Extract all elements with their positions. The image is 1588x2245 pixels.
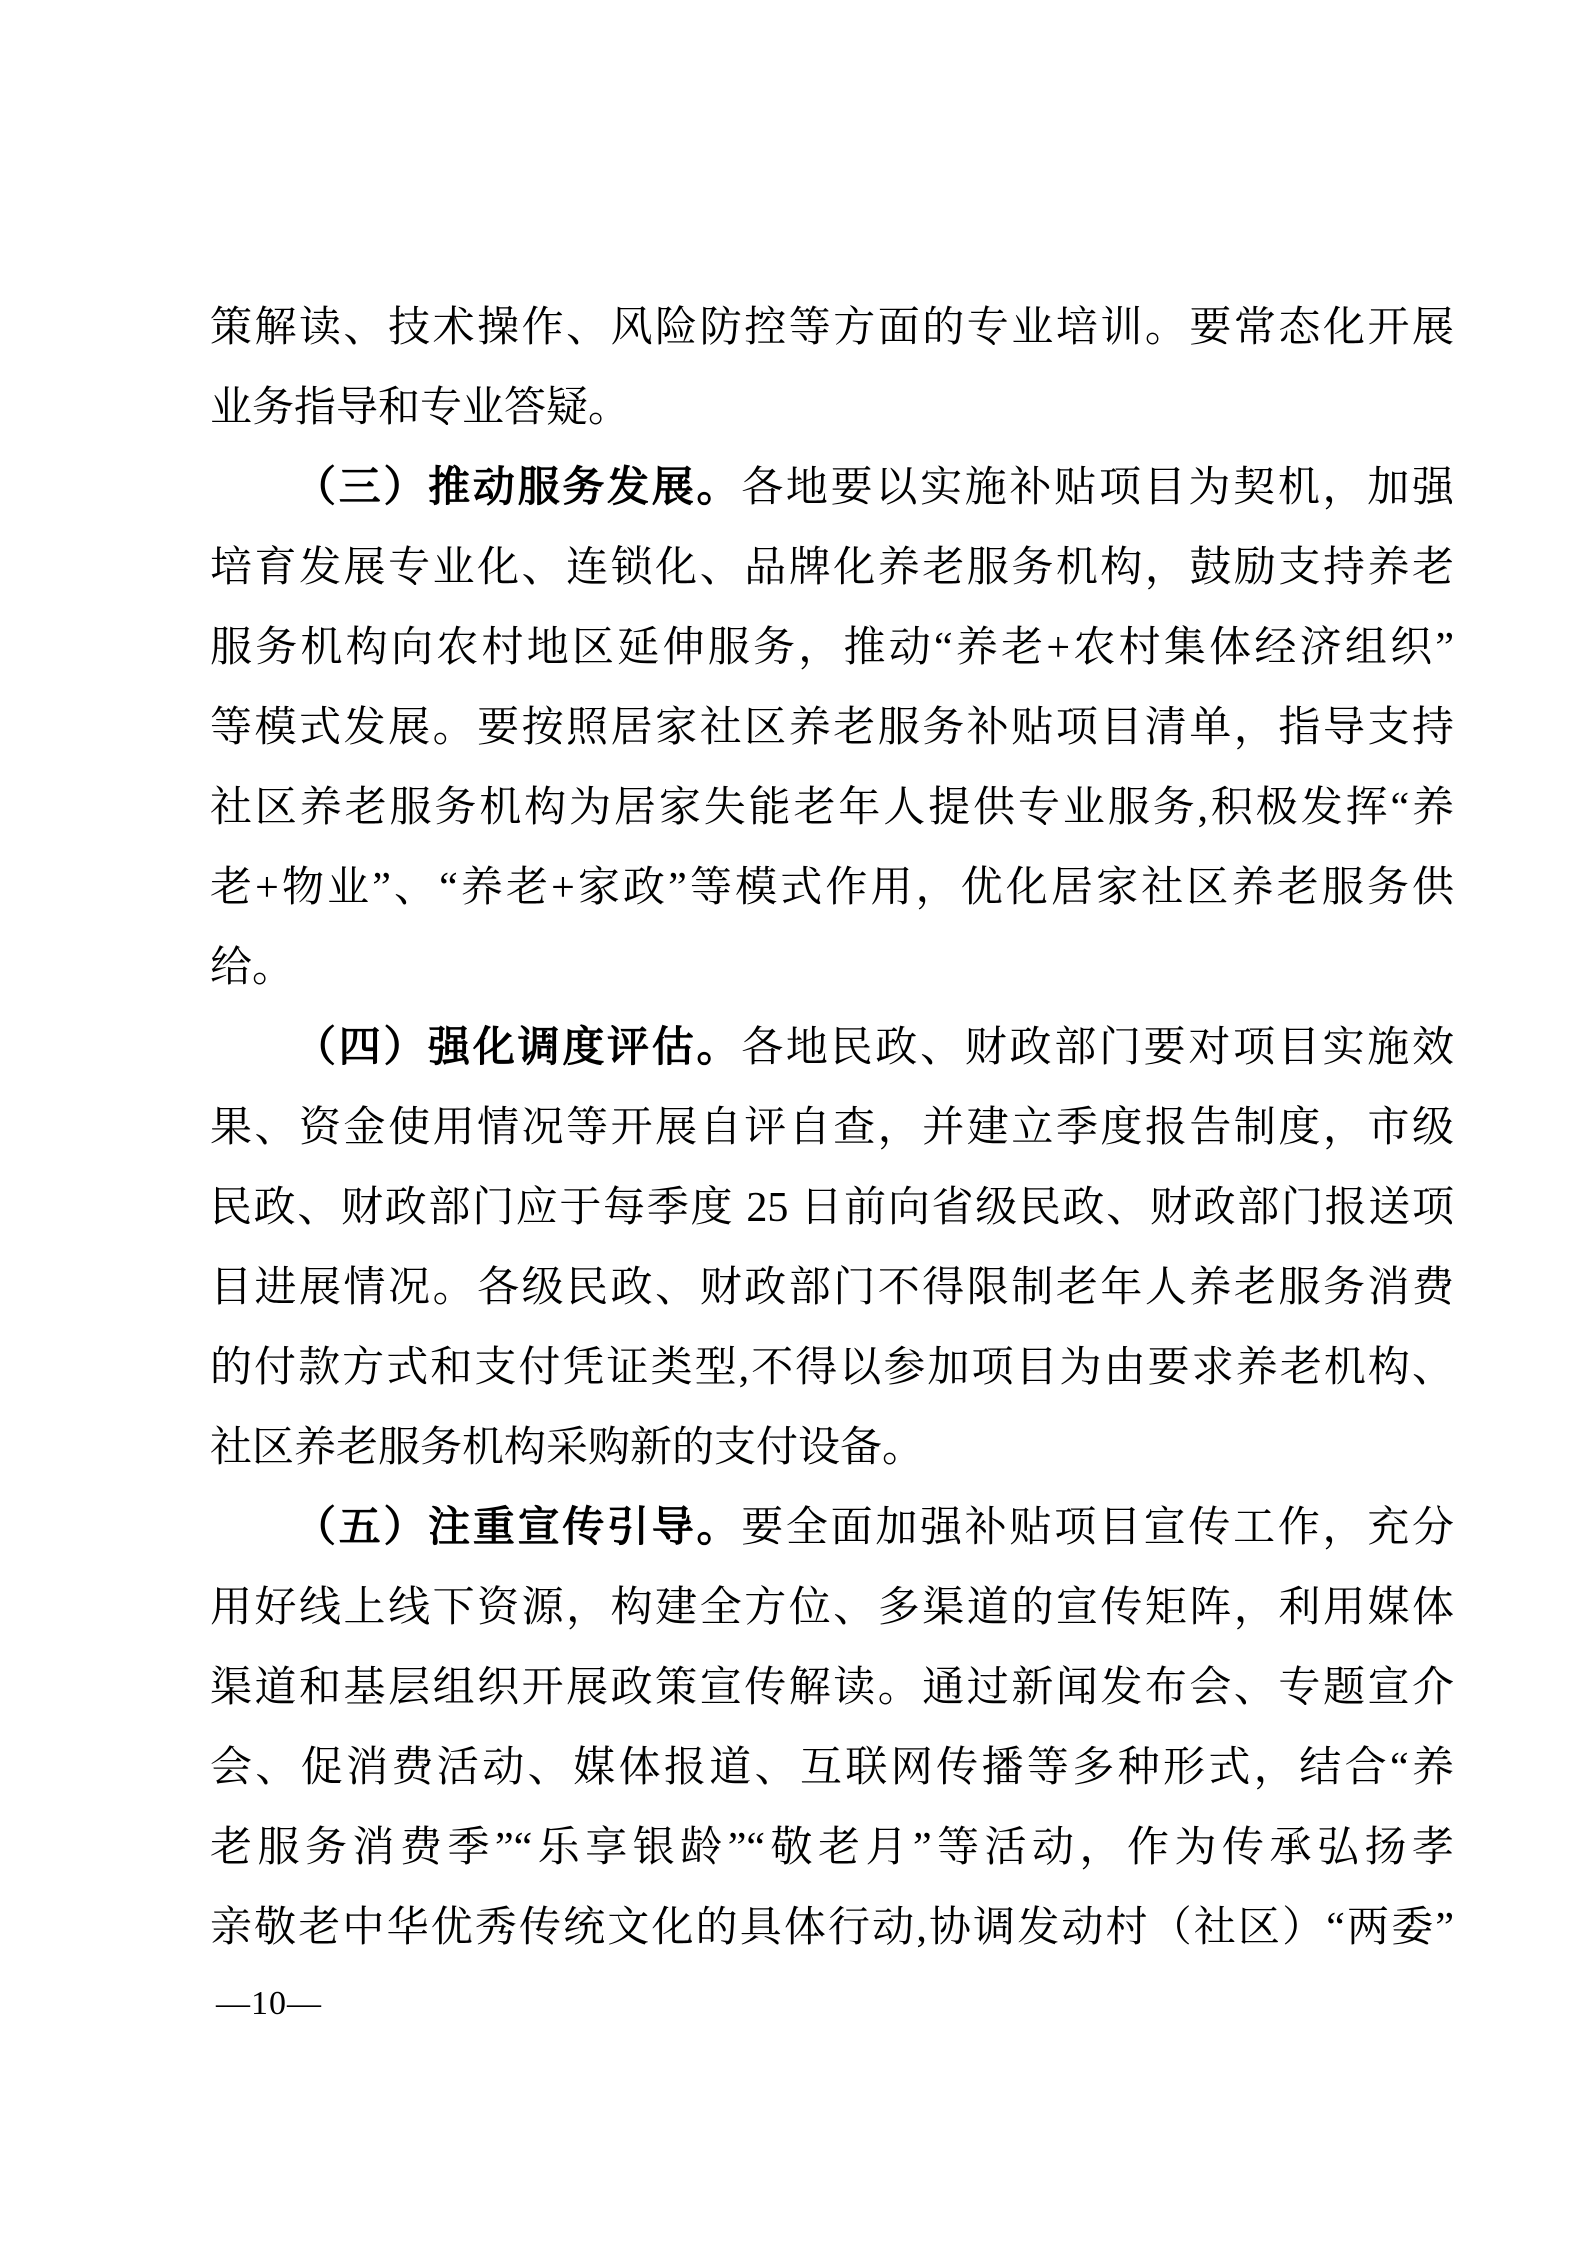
text-segment: 老+物业”、“养老+家政”等模式作用，优化居家社区养老服务供 <box>210 865 1454 911</box>
text-segment: 的付款方式和支付凭证类型,不得以参加项目为由要求养老机构、 <box>210 1345 1454 1391</box>
text-segment: 社区养老服务机构为居家失能老年人提供专业服务,积极发挥“养 <box>210 785 1454 831</box>
text-segment: 各地民政、财政部门要对项目实施效 <box>741 1025 1454 1071</box>
text-segment: 亲敬老中华优秀传统文化的具体行动,协调发动村（社区）“两委” <box>210 1905 1454 1951</box>
paragraph-section-4-evaluation: （四）强化调度评估。各地民政、财政部门要对项目实施效果、资金使用情况等开展自评自… <box>210 1008 1454 1488</box>
paragraph-section-3-service-development: （三）推动服务发展。各地要以实施补贴项目为契机，加强培育发展专业化、连锁化、品牌… <box>210 448 1454 1008</box>
paragraph-heading: （四）强化调度评估。 <box>294 1025 741 1071</box>
text-line: （四）强化调度评估。各地民政、财政部门要对项目实施效 <box>210 1008 1454 1088</box>
text-block: 策解读、技术操作、风险防控等方面的专业培训。要常态化开展业务指导和专业答疑。（三… <box>210 288 1454 1968</box>
paragraph-section-5-publicity: （五）注重宣传引导。要全面加强补贴项目宣传工作，充分用好线上线下资源，构建全方位… <box>210 1488 1454 1968</box>
text-line: 业务指导和专业答疑。 <box>210 368 1454 448</box>
text-segment: 用好线上线下资源，构建全方位、多渠道的宣传矩阵，利用媒体 <box>210 1585 1454 1631</box>
text-segment: 老服务消费季”“乐享银龄”“敬老月”等活动，作为传承弘扬孝 <box>210 1825 1454 1871</box>
text-segment: 业务指导和专业答疑。 <box>210 385 630 431</box>
text-line: 亲敬老中华优秀传统文化的具体行动,协调发动村（社区）“两委” <box>210 1888 1454 1968</box>
text-segment: 策解读、技术操作、风险防控等方面的专业培训。要常态化开展 <box>210 305 1454 351</box>
text-line: 会、促消费活动、媒体报道、互联网传播等多种形式，结合“养 <box>210 1728 1454 1808</box>
page-number: —10— <box>216 1984 322 2024</box>
text-segment: 渠道和基层组织开展政策宣传解读。通过新闻发布会、专题宣介 <box>210 1665 1454 1711</box>
text-segment: 服务机构向农村地区延伸服务，推动“养老+农村集体经济组织” <box>210 625 1454 671</box>
document-page: 策解读、技术操作、风险防控等方面的专业培训。要常态化开展业务指导和专业答疑。（三… <box>0 0 1588 2245</box>
text-segment: 要全面加强补贴项目宣传工作，充分 <box>741 1505 1454 1551</box>
text-line: 给。 <box>210 928 1454 1008</box>
text-line: 等模式发展。要按照居家社区养老服务补贴项目清单，指导支持 <box>210 688 1454 768</box>
text-line: （五）注重宣传引导。要全面加强补贴项目宣传工作，充分 <box>210 1488 1454 1568</box>
text-line: 渠道和基层组织开展政策宣传解读。通过新闻发布会、专题宣介 <box>210 1648 1454 1728</box>
text-line: 果、资金使用情况等开展自评自查，并建立季度报告制度，市级 <box>210 1088 1454 1168</box>
paragraph-continued-training: 策解读、技术操作、风险防控等方面的专业培训。要常态化开展业务指导和专业答疑。 <box>210 288 1454 448</box>
text-line: 目进展情况。各级民政、财政部门不得限制老年人养老服务消费 <box>210 1248 1454 1328</box>
text-segment: 会、促消费活动、媒体报道、互联网传播等多种形式，结合“养 <box>210 1745 1454 1791</box>
text-line: 社区养老服务机构为居家失能老年人提供专业服务,积极发挥“养 <box>210 768 1454 848</box>
text-segment: 民政、财政部门应于每季度 25 日前向省级民政、财政部门报送项 <box>210 1185 1454 1231</box>
text-line: 老+物业”、“养老+家政”等模式作用，优化居家社区养老服务供 <box>210 848 1454 928</box>
text-segment: 目进展情况。各级民政、财政部门不得限制老年人养老服务消费 <box>210 1265 1454 1311</box>
text-line: 服务机构向农村地区延伸服务，推动“养老+农村集体经济组织” <box>210 608 1454 688</box>
text-line: 策解读、技术操作、风险防控等方面的专业培训。要常态化开展 <box>210 288 1454 368</box>
text-line: 社区养老服务机构采购新的支付设备。 <box>210 1408 1454 1488</box>
text-segment: 果、资金使用情况等开展自评自查，并建立季度报告制度，市级 <box>210 1105 1454 1151</box>
text-line: 用好线上线下资源，构建全方位、多渠道的宣传矩阵，利用媒体 <box>210 1568 1454 1648</box>
text-segment: 社区养老服务机构采购新的支付设备。 <box>210 1425 924 1471</box>
paragraph-heading: （五）注重宣传引导。 <box>294 1505 741 1551</box>
text-segment: 培育发展专业化、连锁化、品牌化养老服务机构，鼓励支持养老 <box>210 545 1454 591</box>
paragraph-heading: （三）推动服务发展。 <box>294 465 741 511</box>
text-line: 民政、财政部门应于每季度 25 日前向省级民政、财政部门报送项 <box>210 1168 1454 1248</box>
text-segment: 各地要以实施补贴项目为契机，加强 <box>741 465 1454 511</box>
text-line: （三）推动服务发展。各地要以实施补贴项目为契机，加强 <box>210 448 1454 528</box>
text-segment: 给。 <box>210 945 294 991</box>
text-line: 老服务消费季”“乐享银龄”“敬老月”等活动，作为传承弘扬孝 <box>210 1808 1454 1888</box>
text-segment: 等模式发展。要按照居家社区养老服务补贴项目清单，指导支持 <box>210 705 1454 751</box>
text-line: 培育发展专业化、连锁化、品牌化养老服务机构，鼓励支持养老 <box>210 528 1454 608</box>
text-line: 的付款方式和支付凭证类型,不得以参加项目为由要求养老机构、 <box>210 1328 1454 1408</box>
